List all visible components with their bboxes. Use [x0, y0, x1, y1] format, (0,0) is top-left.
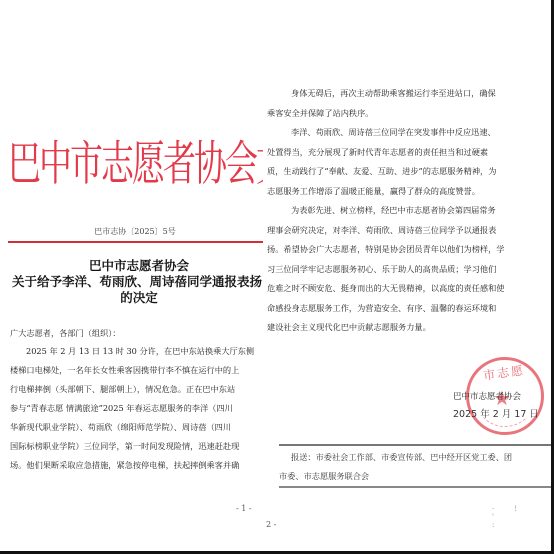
body-line: 为表彰先进、树立榜样，经巴中市志愿者协会第四届常务 — [267, 201, 551, 221]
document-title: 巴中市志愿者协会 关于给予李洋、苟雨欣、周诗蓓同学通报表扬 的决定 — [0, 258, 278, 306]
page-1-body: 广大志愿者，各部门（组织）： 2025 年 2 月 13 日 13 时 30 分… — [10, 326, 278, 475]
signature-block: 巴中市志愿者协会 2025 年 2 月 17 日 — [453, 388, 551, 424]
body-line: 场。他们果断采取应急措施，紧急按停电梯，扶起摔倒乘客并确 — [10, 456, 278, 475]
cc-line-2: 市委、市志愿服务联合会 — [279, 467, 551, 486]
red-divider — [8, 241, 270, 243]
salutation: 广大志愿者，各部门（组织）： — [10, 326, 278, 340]
title-line-3: 的决定 — [0, 290, 278, 306]
page-number-1: - 1 - — [236, 504, 252, 513]
document-header-title: 巴中市志愿者协会文件 — [8, 138, 270, 190]
body-line: 建设社会主义现代化巴中贡献志愿服务力量。 — [267, 318, 551, 338]
body-line: 危难之时不顾安危、挺身而出的大无畏精神，以高度的责任感和使 — [267, 279, 551, 299]
page-2: 身体无碍后，再次主动帮助乘客搬运行李至进站口，确保 乘客安全并保障了站内秩序。 … — [263, 0, 551, 551]
title-line-2: 关于给予李洋、苟雨欣、周诗蓓同学通报表扬 — [0, 274, 278, 290]
body-line: 质，生动践行了“奉献、友爱、互助、进步”的志愿服务精神，为 — [267, 162, 551, 182]
body-line: 扬。希望协会广大志愿者，特别是协会团员青年以他们为榜样，学 — [267, 240, 551, 260]
signature-org: 巴中市志愿者协会 — [453, 388, 551, 406]
body-line: 2025 年 2 月 13 日 13 时 30 分许，在巴中东站换乘大厅东侧 — [10, 342, 278, 361]
body-line: 李洋、苟雨欣、周诗蓓三位同学在突发事件中反应迅速、 — [267, 123, 551, 143]
body-line: 参与“青春志愿 情满旅途”2025 年春运志愿服务的李洋（四川 — [10, 399, 278, 418]
page-number-2: 2 - — [266, 520, 276, 529]
page-2-body: 身体无碍后，再次主动帮助乘客搬运行李至进站口，确保 乘客安全并保障了站内秩序。 … — [267, 84, 551, 338]
body-line: 习三位同学牢记志愿服务初心、乐于助人的高贵品质；学习他们 — [267, 260, 551, 280]
body-line: 国际标榜职业学院）三位同学，第一时间发现险情，迅速赶赴现 — [10, 437, 278, 456]
body-line: 命感投身志愿服务工作，为营造安全、有序、温馨的春运环境和 — [267, 299, 551, 319]
body-line: 志愿服务工作增添了温暖正能量，赢得了群众的高度赞誉。 — [267, 182, 551, 202]
body-line: 华新现代职业学院）、苟雨欣（绵阳师范学院）、周诗蓓（四川 — [10, 418, 278, 437]
document-viewer: 巴中市志愿者协会文件 巴市志协〔2025〕5号 巴中市志愿者协会 关于给予李洋、… — [0, 0, 554, 554]
body-line: 身体无碍后，再次主动帮助乘客搬运行李至进站口，确保 — [267, 84, 551, 104]
body-line: 楼梯口电梯处，一名年长女性乘客因携带行李不慎在运行中的上 — [10, 361, 278, 380]
title-line-1: 巴中市志愿者协会 — [0, 258, 278, 274]
page-1: 巴中市志愿者协会文件 巴市志协〔2025〕5号 巴中市志愿者协会 关于给予李洋、… — [0, 0, 270, 551]
cc-line-1: 报送：市委社会工作部、市委宣传部、巴中经开区党工委、团 — [279, 448, 551, 467]
distribution-list: 报送：市委社会工作部、市委宣传部、巴中经开区党工委、团 市委、市志愿服务联合会 — [279, 444, 551, 488]
body-line: 乘客安全并保障了站内秩序。 — [267, 104, 551, 124]
body-line: 理事会研究决定，对李洋、苟雨欣、周诗蓓三位同学予以通报表 — [267, 221, 551, 241]
body-line: 处置得当，充分展现了新时代青年志愿者的责任担当和过硬素 — [267, 143, 551, 163]
document-number: 巴市志协〔2025〕5号 — [0, 226, 270, 237]
body-line: 行电梯摔倒（头部朝下、腿部朝上），情况危急。正在巴中东站 — [10, 380, 278, 399]
scan-marks: ·! ' : — [492, 505, 551, 529]
signature-date: 2025 年 2 月 17 日 — [453, 406, 551, 424]
